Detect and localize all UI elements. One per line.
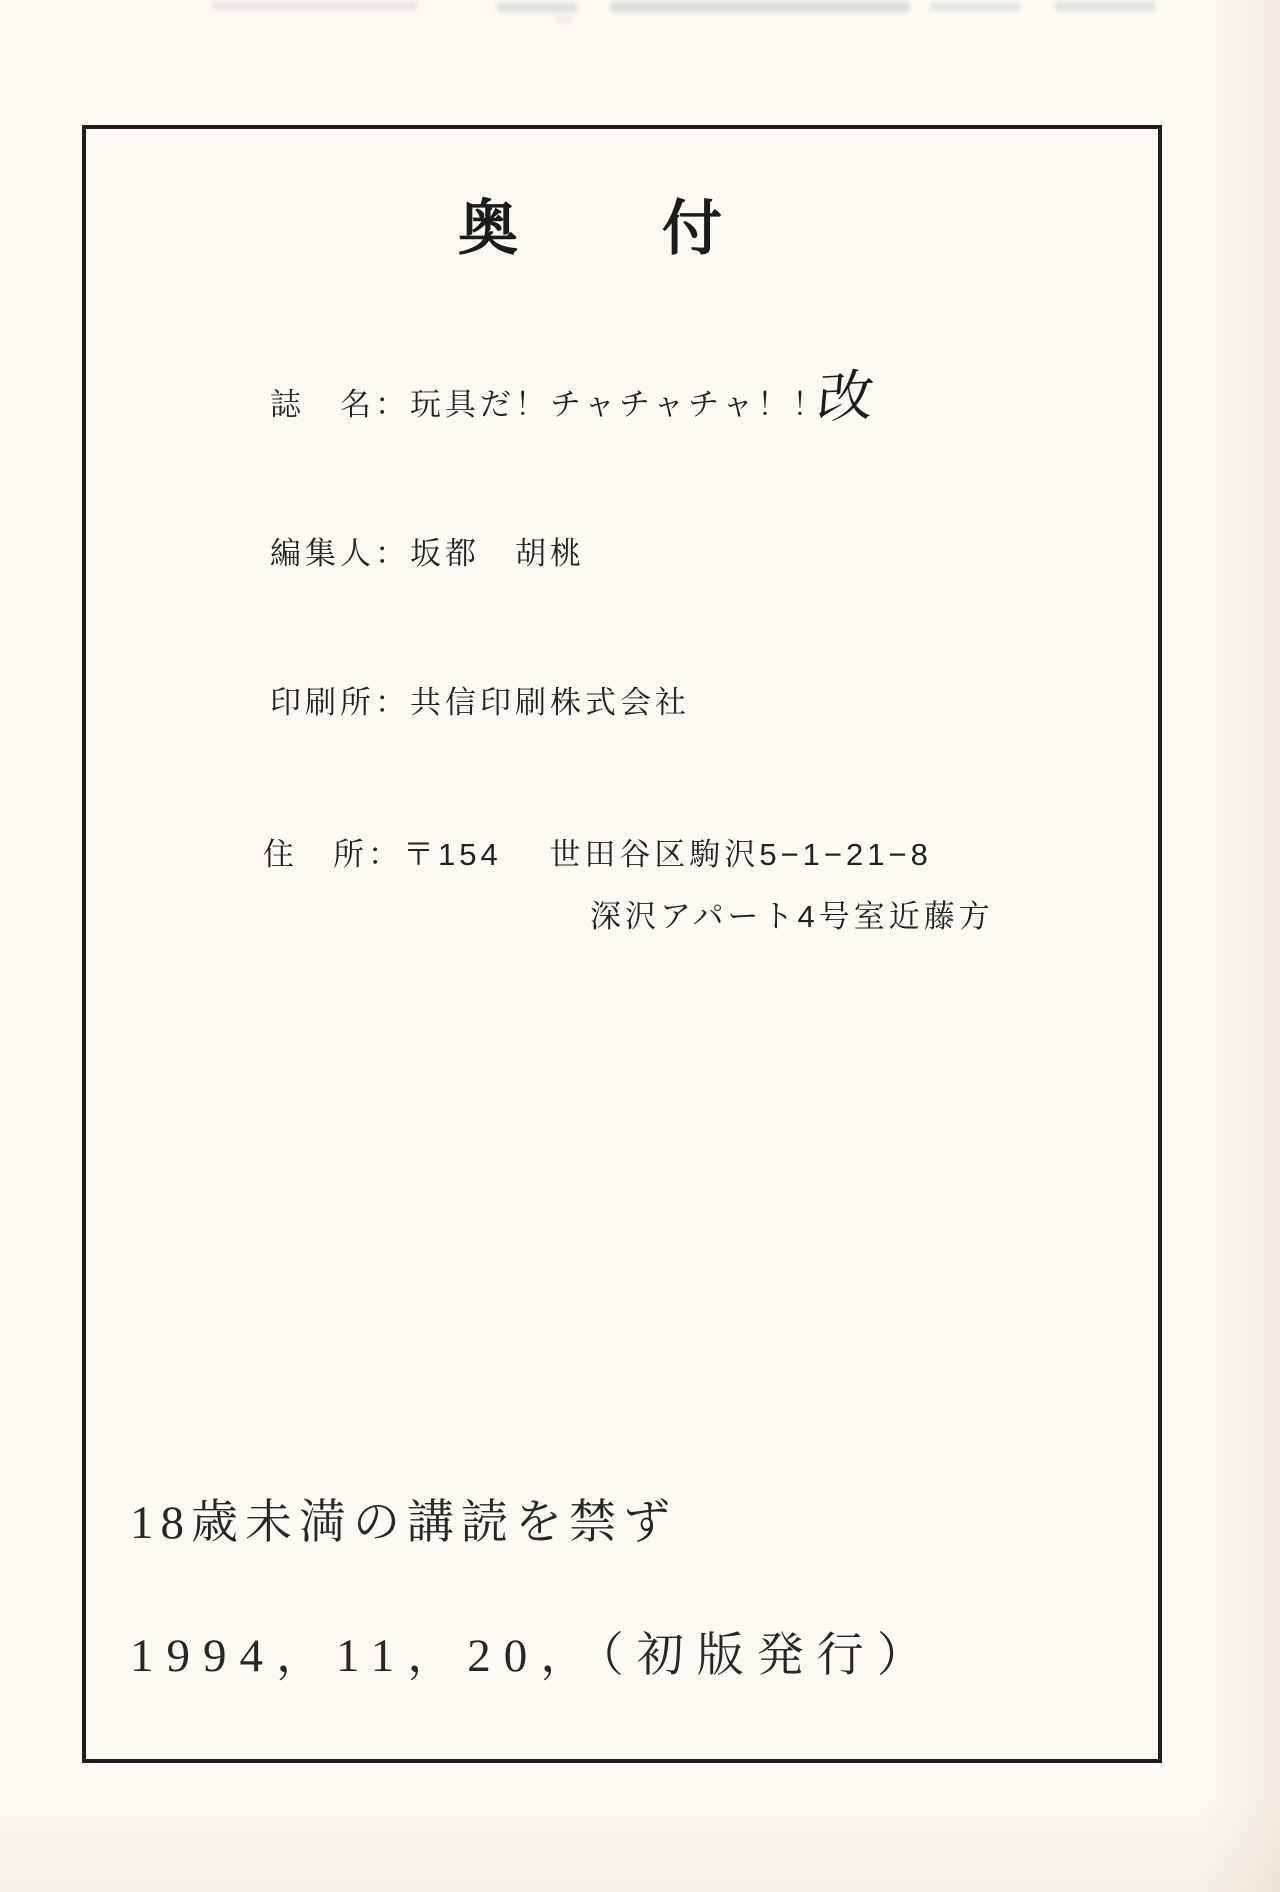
page-title: 奥 付 <box>458 181 764 267</box>
field-value: 共信印刷株式会社 <box>410 685 690 720</box>
colophon-border-box: 奥 付 誌 名：玩具だ！チャチャチャ！！ 改 編集人：坂都 胡桃 印刷所：共信印… <box>82 125 1162 1763</box>
bleed-smudge <box>555 16 573 23</box>
field-value: 〒154 世田谷区駒沢5−1−21−8 <box>403 837 932 872</box>
field-value: 深沢アパート4号室近藤方 <box>590 899 994 934</box>
bleed-smudge <box>497 2 577 13</box>
bleed-smudge <box>1055 1 1155 11</box>
field-label: 編集人： <box>270 536 410 571</box>
field-magazine-name: 誌 名：玩具だ！チャチャチャ！！ <box>270 379 827 424</box>
field-value: 坂都 胡桃 <box>410 536 585 571</box>
bleed-smudge <box>930 2 1020 11</box>
age-restriction-notice: 18歳未満の講読を禁ず <box>130 1485 677 1552</box>
field-printer: 印刷所：共信印刷株式会社 <box>270 677 690 722</box>
field-label: 誌 名： <box>270 387 410 422</box>
field-address: 住 所：〒154 世田谷区駒沢5−1−21−8 <box>263 829 932 874</box>
field-label: 印刷所： <box>270 685 410 720</box>
bleed-smudge <box>212 1 417 10</box>
scanned-colophon-page: { "document": { "title": "奥 付", "fields"… <box>0 0 1280 1892</box>
bleed-smudge <box>610 1 910 13</box>
handwritten-kai-mark: 改 <box>815 351 878 434</box>
publication-date-line: 1994，11，20，（初版発行） <box>130 1618 937 1685</box>
field-address-line2: 深沢アパート4号室近藤方 <box>590 891 994 936</box>
field-editor: 編集人：坂都 胡桃 <box>270 528 585 573</box>
field-value: 玩具だ！チャチャチャ！！ <box>410 387 827 422</box>
field-label: 住 所： <box>263 837 403 872</box>
